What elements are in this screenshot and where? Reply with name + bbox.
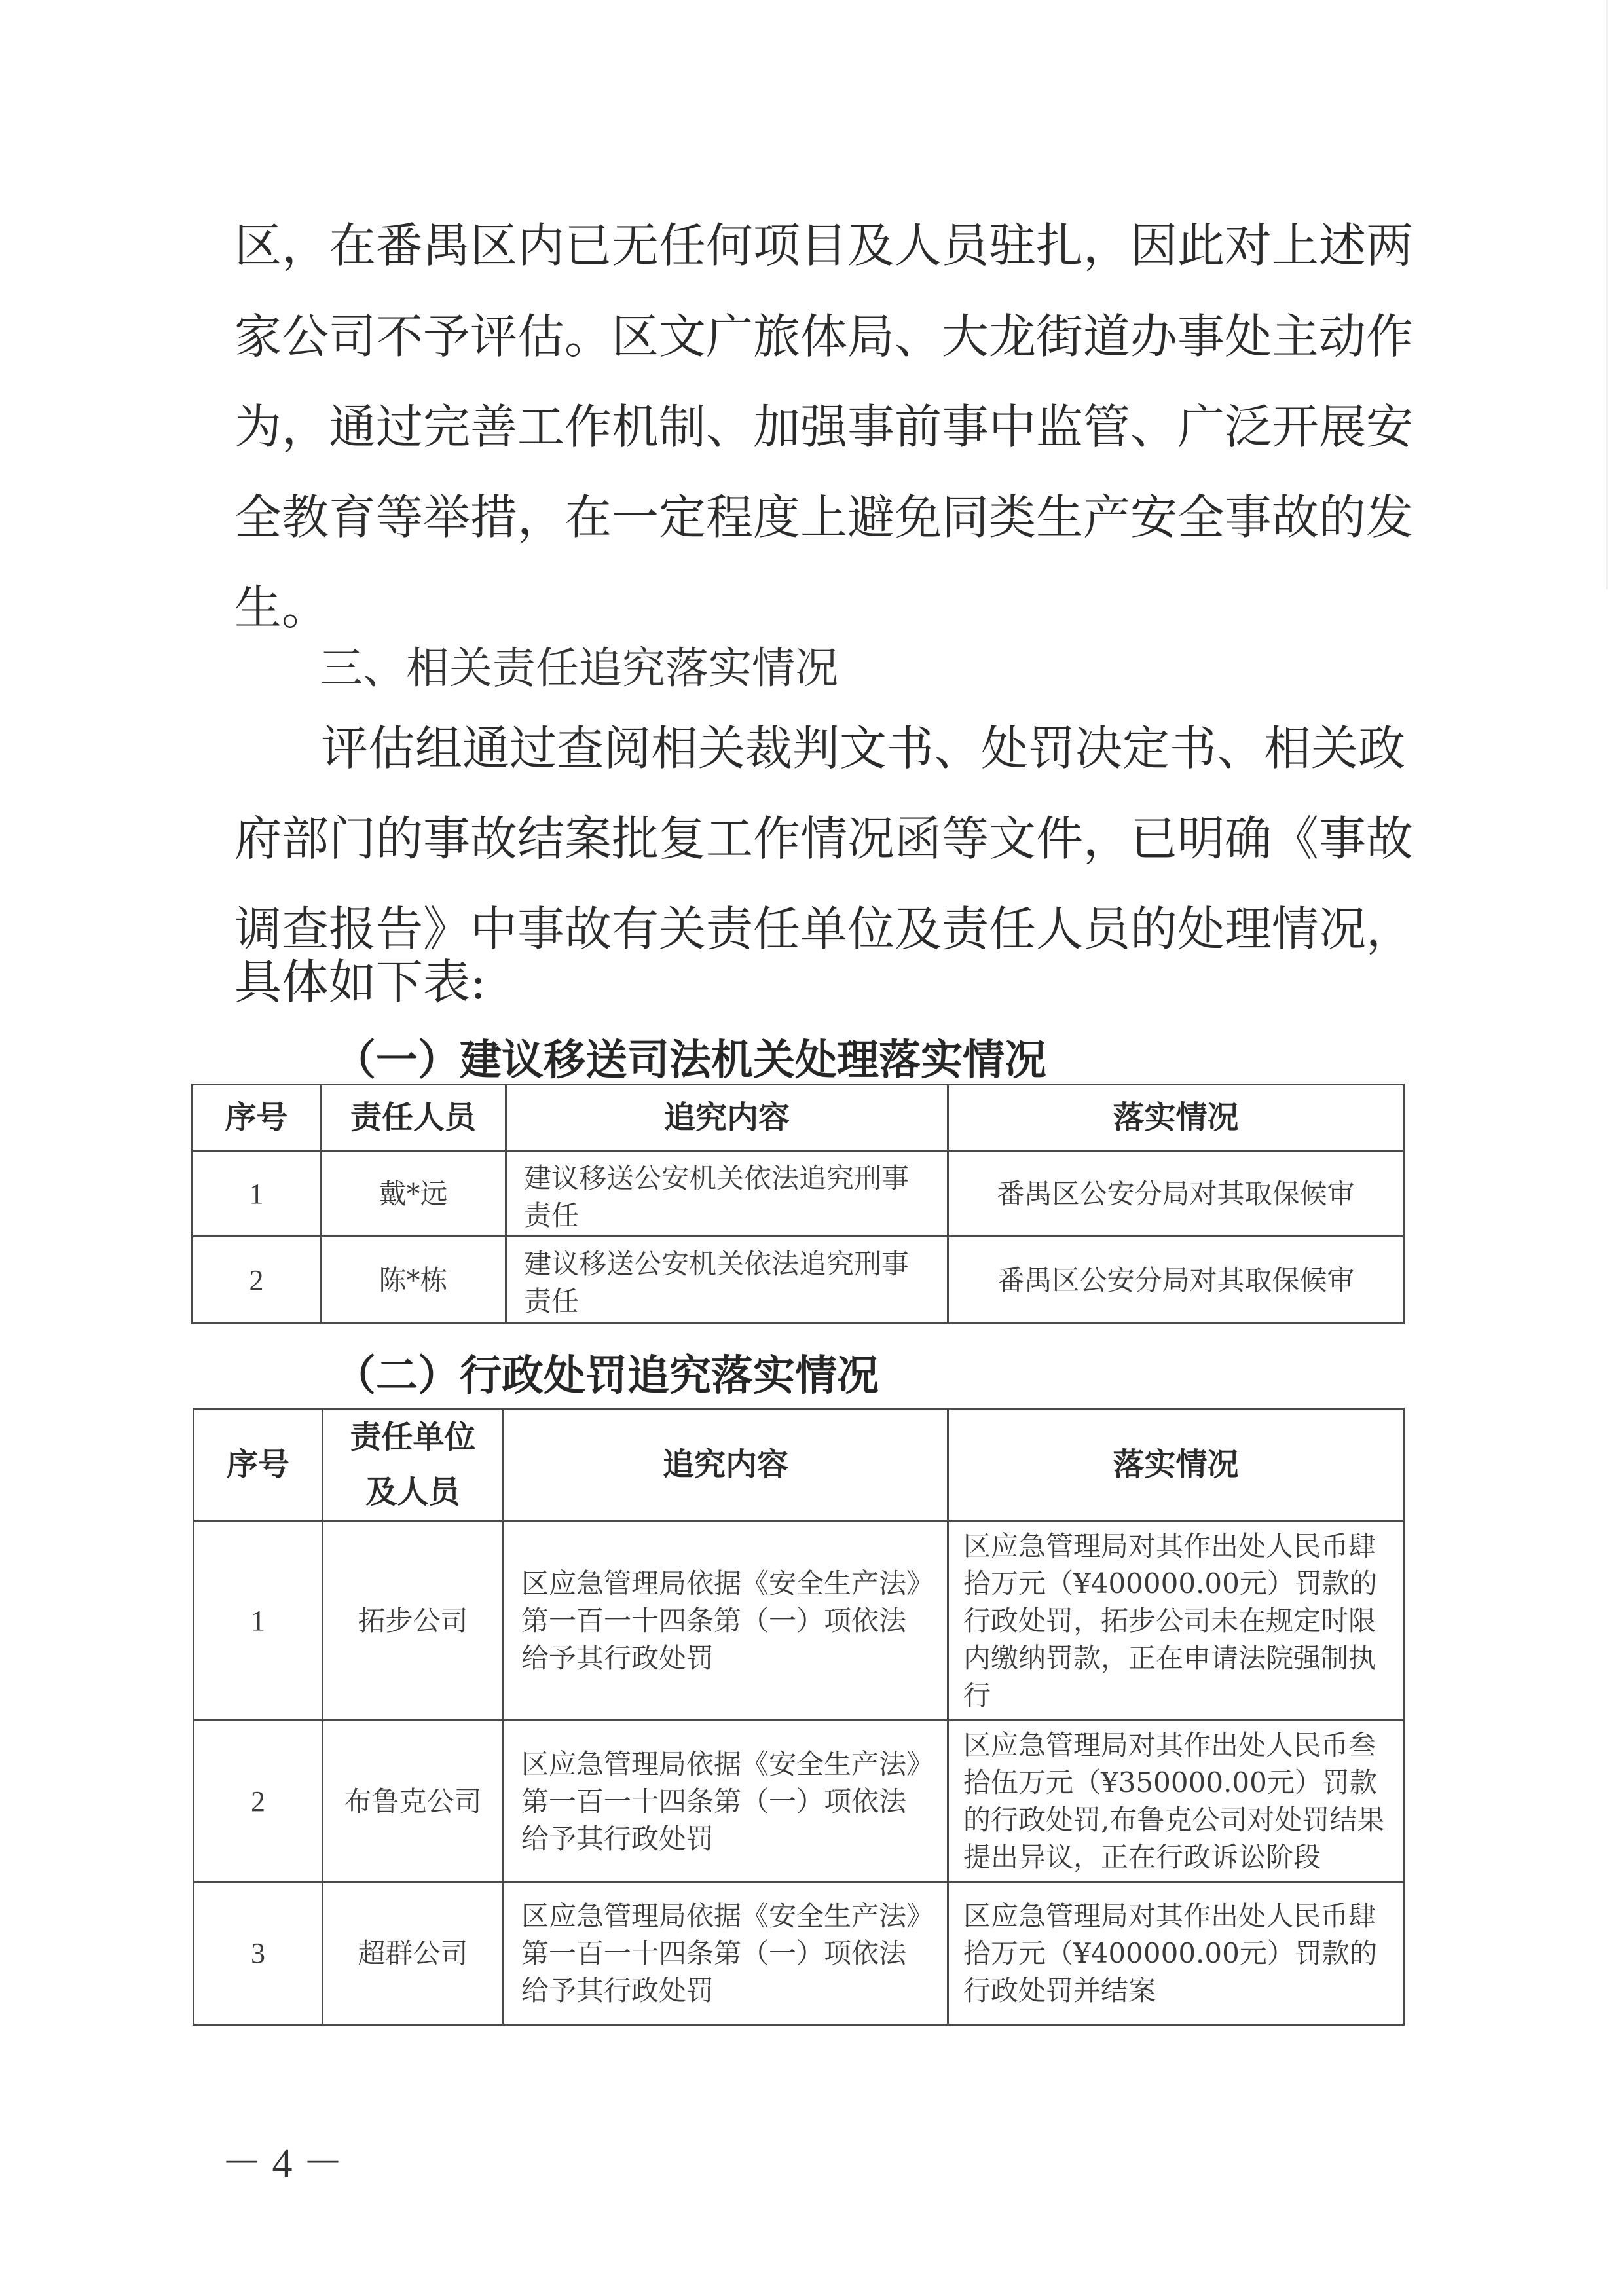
- table-header-row: 序号 责任人员 追究内容 落实情况: [193, 1085, 1404, 1151]
- header-no: 序号: [194, 1409, 323, 1521]
- cell-unit: 布鲁克公司: [323, 1721, 504, 1882]
- header-unit-line1: 责任单位: [341, 1410, 485, 1465]
- cell-no: 1: [194, 1521, 323, 1721]
- cell-no: 2: [194, 1721, 323, 1882]
- cell-status: 番禺区公安分局对其取保候审: [948, 1151, 1404, 1237]
- table-administrative-title: （二）行政处罚追究落实情况: [334, 1350, 879, 1402]
- paragraph-line: 评估组通过查阅相关裁判文书、处罚决定书、相关政: [321, 722, 1405, 774]
- table-row: 2 陈*栋 建议移送公安机关依法追究刑事责任 番禺区公安分局对其取保候审: [193, 1237, 1404, 1324]
- table-row: 3 超群公司 区应急管理局依据《安全生产法》第一百一十四条第（一）项依法给予其行…: [194, 1882, 1404, 2025]
- cell-person: 戴*远: [321, 1151, 506, 1237]
- cell-status: 区应急管理局对其作出处人民币肆拾万元（¥400000.00元）罚款的行政处罚并结…: [948, 1882, 1404, 2025]
- cell-no: 2: [193, 1237, 321, 1324]
- scan-edge: [1606, 0, 1608, 589]
- table-row: 2 布鲁克公司 区应急管理局依据《安全生产法》第一百一十四条第（一）项依法给予其…: [194, 1721, 1404, 1882]
- table-administrative: 序号 责任单位 及人员 追究内容 落实情况 1 拓步公司 区应急管理局依据《安全…: [193, 1408, 1405, 2026]
- paragraph-line: 具体如下表:: [234, 956, 486, 1008]
- paragraph-line: 家公司不予评估。区文广旅体局、大龙街道办事处主动作: [234, 310, 1413, 363]
- paragraph-line: 生。: [234, 581, 329, 634]
- header-person: 责任人员: [321, 1085, 506, 1151]
- header-status: 落实情况: [948, 1085, 1404, 1151]
- paragraph-line: 区，在番禺区内已无任何项目及人员驻扎，因此对上述两: [234, 219, 1413, 272]
- table-judicial-title: （一）建议移送司法机关处理落实情况: [334, 1034, 1046, 1087]
- cell-no: 1: [193, 1151, 321, 1237]
- header-status: 落实情况: [948, 1409, 1404, 1521]
- cell-content: 区应急管理局依据《安全生产法》第一百一十四条第（一）项依法给予其行政处罚: [504, 1882, 948, 2025]
- table-header-row: 序号 责任单位 及人员 追究内容 落实情况: [194, 1409, 1404, 1521]
- cell-status: 番禺区公安分局对其取保候审: [948, 1237, 1404, 1324]
- page-number: － 4 －: [221, 2141, 343, 2187]
- paragraph-line: 调查报告》中事故有关责任单位及责任人员的处理情况，: [234, 903, 1413, 955]
- cell-no: 3: [194, 1882, 323, 2025]
- header-content: 追究内容: [504, 1409, 948, 1521]
- table-row: 1 拓步公司 区应急管理局依据《安全生产法》第一百一十四条第（一）项依法给予其行…: [194, 1521, 1404, 1721]
- header-unit-line2: 及人员: [341, 1465, 485, 1520]
- cell-content: 区应急管理局依据《安全生产法》第一百一十四条第（一）项依法给予其行政处罚: [504, 1721, 948, 1882]
- cell-unit: 超群公司: [323, 1882, 504, 2025]
- header-content: 追究内容: [506, 1085, 948, 1151]
- header-no: 序号: [193, 1085, 321, 1151]
- header-unit: 责任单位 及人员: [323, 1409, 504, 1521]
- cell-content: 建议移送公安机关依法追究刑事责任: [506, 1237, 948, 1324]
- cell-unit: 拓步公司: [323, 1521, 504, 1721]
- table-judicial: 序号 责任人员 追究内容 落实情况 1 戴*远 建议移送公安机关依法追究刑事责任…: [191, 1084, 1405, 1324]
- paragraph-line: 全教育等举措，在一定程度上避免同类生产安全事故的发: [234, 491, 1413, 543]
- cell-person: 陈*栋: [321, 1237, 506, 1324]
- paragraph-line: 府部门的事故结案批复工作情况函等文件，已明确《事故: [234, 812, 1413, 865]
- table-row: 1 戴*远 建议移送公安机关依法追究刑事责任 番禺区公安分局对其取保候审: [193, 1151, 1404, 1237]
- cell-content: 建议移送公安机关依法追究刑事责任: [506, 1151, 948, 1237]
- section-heading: 三、相关责任追究落实情况: [320, 642, 838, 695]
- cell-status: 区应急管理局对其作出处人民币叁拾伍万元（¥350000.00元）罚款的行政处罚,…: [948, 1721, 1404, 1882]
- cell-status: 区应急管理局对其作出处人民币肆拾万元（¥400000.00元）罚款的行政处罚，拓…: [948, 1521, 1404, 1721]
- paragraph-line: 为，通过完善工作机制、加强事前事中监管、广泛开展安: [234, 401, 1413, 453]
- cell-content: 区应急管理局依据《安全生产法》第一百一十四条第（一）项依法给予其行政处罚: [504, 1521, 948, 1721]
